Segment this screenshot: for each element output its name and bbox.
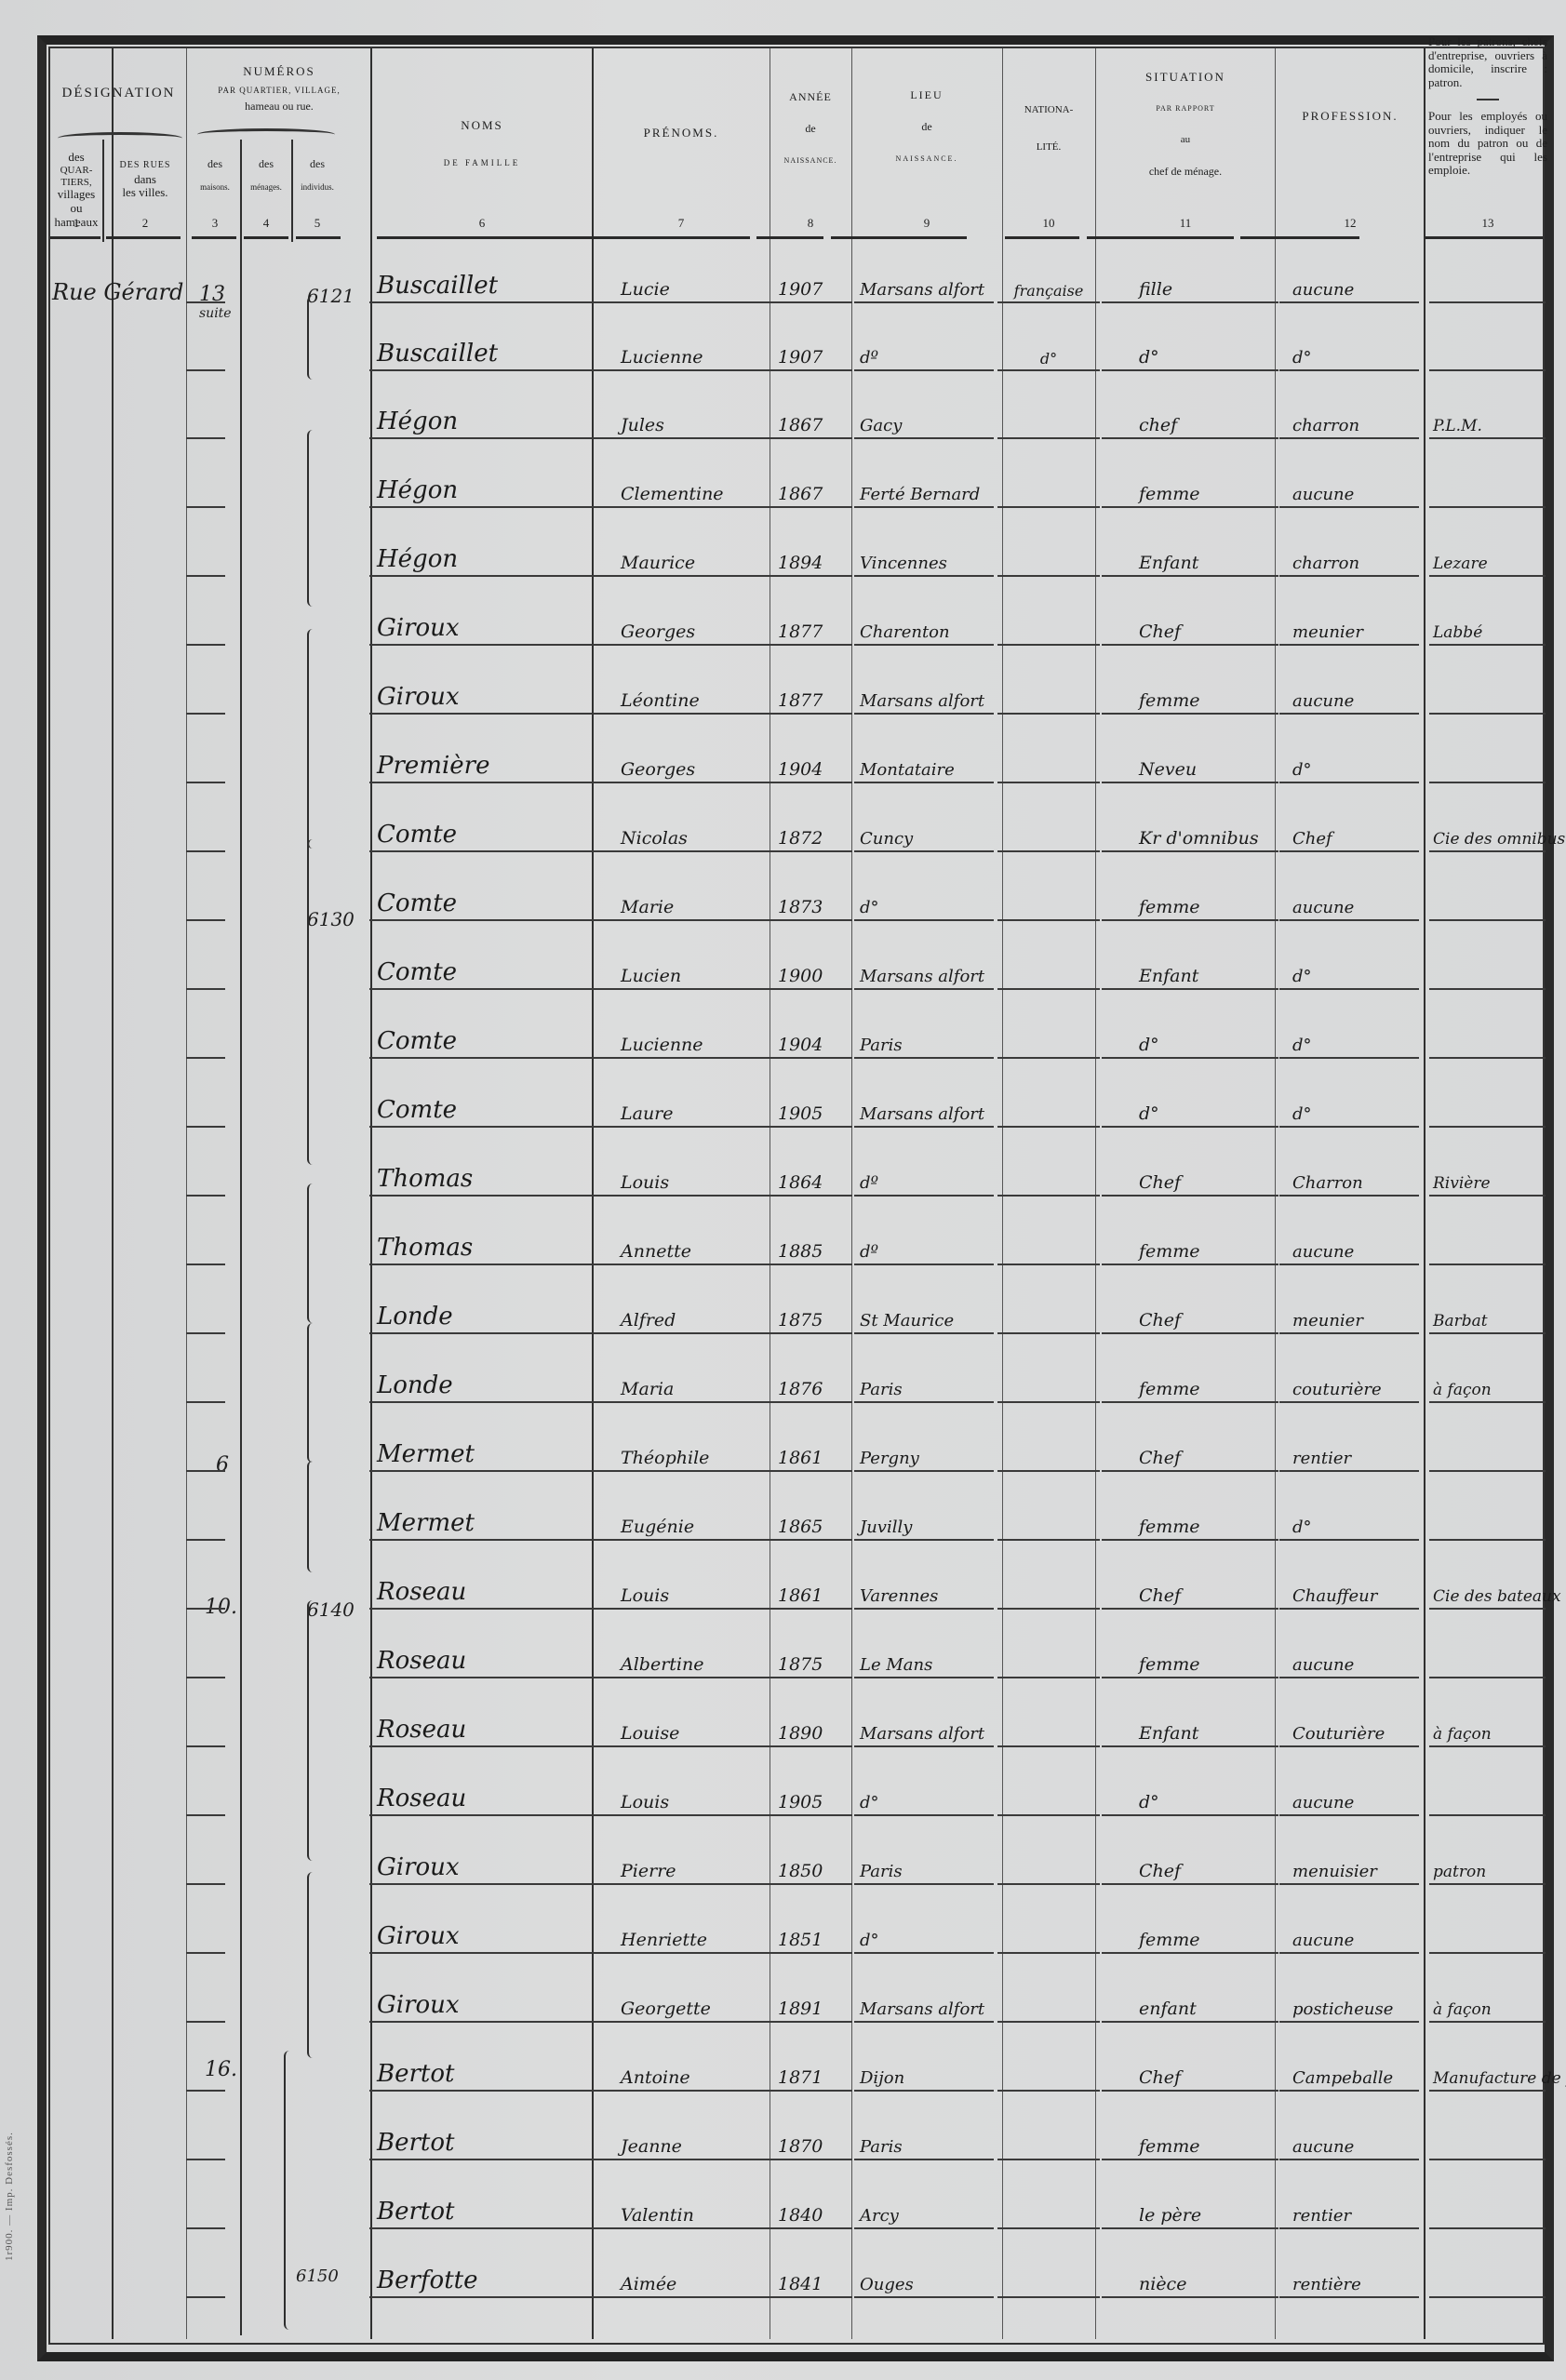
- cell-lieu: Pergny: [854, 1435, 994, 1472]
- cell-patron: Labbé: [1429, 608, 1546, 646]
- cell-lieu: St Maurice: [854, 1297, 994, 1334]
- cell-patron: [1429, 1022, 1546, 1059]
- cell-annee: 1905: [772, 1090, 852, 1128]
- header-num-5: 5: [293, 216, 341, 231]
- cell-profession: d°: [1279, 1090, 1419, 1128]
- cell-profession: d°: [1279, 334, 1419, 371]
- header-num-2: 2: [107, 216, 183, 231]
- table-row: RoseauLouis1905d°d°aucune: [48, 1753, 1546, 1822]
- cell-ind-line: [186, 884, 225, 921]
- cell-profession: Couturière: [1279, 1710, 1419, 1747]
- cell-lieu: Paris: [854, 1022, 994, 1059]
- cell-profession: charron: [1279, 540, 1419, 577]
- header-col13-note-patrons: Pour les patrons, chefs d'entreprise, ou…: [1428, 35, 1547, 89]
- header-annee-mid: de: [770, 123, 850, 136]
- cell-nationalite: [997, 540, 1100, 577]
- header-num-3: 3: [191, 216, 239, 231]
- cell-situation: Chef: [1102, 1159, 1278, 1197]
- header-profession: PROFESSION.: [1277, 110, 1424, 124]
- cell-profession: aucune: [1279, 1228, 1419, 1265]
- header-numeros: NUMÉROS: [191, 65, 368, 79]
- cell-annee: 1867: [772, 402, 852, 439]
- cell-ind-line: [186, 334, 225, 371]
- table-row: BertotValentin1840Arcyle pèrerentier: [48, 2166, 1546, 2235]
- cell-nationalite: [997, 1710, 1100, 1747]
- cell-situation: Chef: [1102, 1297, 1278, 1334]
- cell-patron: à façon: [1429, 1710, 1546, 1747]
- cell-annee: 1873: [772, 884, 852, 921]
- cell-profession: rentière: [1279, 2261, 1419, 2298]
- header-lieu-mid: de: [852, 121, 1001, 134]
- header-lieu: LIEU: [852, 89, 1001, 102]
- cell-profession: aucune: [1279, 1917, 1419, 1954]
- cell-ind-line: [186, 402, 225, 439]
- cell-lieu: Le Mans: [854, 1641, 994, 1678]
- cell-situation: Chef: [1102, 1435, 1278, 1472]
- table-row: MermetThéophile1861PergnyChefrentier: [48, 1409, 1546, 1477]
- cell-nationalite: [997, 1159, 1100, 1197]
- cell-ind-line: [186, 815, 225, 852]
- cell-annee: 1870: [772, 2123, 852, 2160]
- cell-nationalite: [997, 2192, 1100, 2229]
- cell-patron: Rivière: [1429, 1159, 1546, 1197]
- cell-nationalite: [997, 1986, 1100, 2023]
- table-row: MermetEugénie1865Juvillyfemmed°: [48, 1477, 1546, 1546]
- cell-lieu: dº: [854, 1228, 994, 1265]
- cell-nationalite: [997, 608, 1100, 646]
- cell-situation: femme: [1102, 677, 1278, 715]
- cell-patron: [1429, 884, 1546, 921]
- cell-patron: [1429, 1090, 1546, 1128]
- cell-situation: femme: [1102, 2123, 1278, 2160]
- cell-profession: charron: [1279, 402, 1419, 439]
- cell-annee: 1850: [772, 1848, 852, 1885]
- header-rule: [588, 236, 750, 239]
- table-row: ComteLucien1900Marsans alfortEnfantd°: [48, 927, 1546, 996]
- cell-annee: 1861: [772, 1572, 852, 1610]
- cell-situation: d°: [1102, 1090, 1278, 1128]
- cell-situation: le père: [1102, 2192, 1278, 2229]
- header-num-9: 9: [852, 216, 1001, 231]
- header-situation-sub2: chef de ménage.: [1096, 166, 1275, 179]
- header-situation: SITUATION: [1096, 71, 1275, 85]
- cell-patron: [1429, 1641, 1546, 1678]
- cell-patron: [1429, 266, 1546, 303]
- cell-profession: d°: [1279, 746, 1419, 783]
- table-row: RoseauLouis1861VarennesChefChauffeurCie …: [48, 1546, 1546, 1615]
- cell-ind-line: [186, 1090, 225, 1128]
- header-situation-mid: au: [1096, 134, 1275, 146]
- cell-annee: 1885: [772, 1228, 852, 1265]
- header-rule: [50, 236, 100, 239]
- cell-ind-line: [186, 2123, 225, 2160]
- header-rule: [377, 236, 589, 239]
- header-annee-sub: NAISSANCE.: [770, 156, 850, 165]
- cell-annee: 1871: [772, 2054, 852, 2092]
- header-num-11: 11: [1096, 216, 1275, 231]
- cell-lieu: Marsans alfort: [854, 1986, 994, 2023]
- cell-ind-line: [186, 540, 225, 577]
- cell-nationalite: [997, 1366, 1100, 1403]
- header-nationalite-sub: LITÉ.: [1003, 141, 1094, 154]
- cell-nationalite: [997, 1297, 1100, 1334]
- table-row: RoseauLouise1890Marsans alfortEnfantCout…: [48, 1684, 1546, 1753]
- table-row: GirouxPierre1850ParisChefmenuisierpatron: [48, 1822, 1546, 1891]
- cell-ind-line: [186, 2261, 225, 2298]
- header-col13-dash: [1477, 99, 1499, 100]
- cell-lieu: d°: [854, 1779, 994, 1816]
- cell-situation: Enfant: [1102, 540, 1278, 577]
- cell-annee: 1894: [772, 540, 852, 577]
- cell-nationalite: [997, 953, 1100, 990]
- cell-annee: 1840: [772, 2192, 852, 2229]
- header-rule: [1087, 236, 1234, 239]
- header-designation: DÉSIGNATION: [51, 86, 186, 101]
- cell-lieu: Paris: [854, 1366, 994, 1403]
- cell-annee: 1904: [772, 746, 852, 783]
- header-rule: [1240, 236, 1359, 239]
- cell-annee: 1872: [772, 815, 852, 852]
- cell-annee: 1867: [772, 471, 852, 508]
- cell-patron: Cie des bateaux: [1429, 1572, 1546, 1610]
- cell-situation: femme: [1102, 471, 1278, 508]
- cell-lieu: Dijon: [854, 2054, 994, 2092]
- cell-patron: [1429, 677, 1546, 715]
- table-row: ComteNicolas1872CuncyKr d'omnibusChefCie…: [48, 789, 1546, 858]
- cell-profession: aucune: [1279, 1779, 1419, 1816]
- header-brace: [58, 132, 182, 144]
- cell-situation: femme: [1102, 1366, 1278, 1403]
- cell-profession: aucune: [1279, 1641, 1419, 1678]
- cell-situation: femme: [1102, 884, 1278, 921]
- cell-situation: fille: [1102, 266, 1278, 303]
- table-row: BertotAntoine1871DijonChefCampeballeManu…: [48, 2028, 1546, 2097]
- cell-annee: 1907: [772, 334, 852, 371]
- cell-nationalite: [997, 471, 1100, 508]
- cell-ind-line: [186, 1159, 225, 1197]
- table-row: HégonClementine1867Ferté Bernardfemmeauc…: [48, 445, 1546, 514]
- cell-profession: Chauffeur: [1279, 1572, 1419, 1610]
- cell-profession: rentier: [1279, 2192, 1419, 2229]
- cell-lieu: Charenton: [854, 608, 994, 646]
- cell-lieu: Paris: [854, 2123, 994, 2160]
- cell-annee: 1864: [772, 1159, 852, 1197]
- table-row: ThomasLouis1864dºChefCharronRivière: [48, 1133, 1546, 1202]
- cell-situation: Enfant: [1102, 953, 1278, 990]
- cell-situation: femme: [1102, 1917, 1278, 1954]
- header-num-10: 10: [1003, 216, 1094, 231]
- cell-lieu: Arcy: [854, 2192, 994, 2229]
- header-situation-sub: PAR RAPPORT: [1096, 104, 1275, 113]
- cell-nationalite: [997, 2261, 1100, 2298]
- header-noms: NOMS: [372, 119, 592, 133]
- header-prenoms: PRÉNOMS.: [594, 127, 769, 140]
- cell-nationalite: [997, 884, 1100, 921]
- cell-ind-line: [186, 1435, 225, 1472]
- cell-ind-line: [186, 1504, 225, 1541]
- cell-nationalite: [997, 677, 1100, 715]
- header-brace: [197, 128, 335, 140]
- header-num-6: 6: [372, 216, 592, 231]
- cell-patron: [1429, 471, 1546, 508]
- cell-patron: [1429, 2261, 1546, 2298]
- cell-nationalite: [997, 1641, 1100, 1678]
- cell-profession: Campeballe: [1279, 2054, 1419, 2092]
- cell-patron: [1429, 1228, 1546, 1265]
- cell-lieu: dº: [854, 1159, 994, 1197]
- cell-patron: [1429, 2123, 1546, 2160]
- cell-nationalite: [997, 1917, 1100, 1954]
- table-row: BuscailletLucienne1907dºd°d°d°: [48, 308, 1546, 377]
- cell-annee: 1900: [772, 953, 852, 990]
- cell-situation: chef: [1102, 402, 1278, 439]
- cell-patron: à façon: [1429, 1986, 1546, 2023]
- cell-nationalite: [997, 1022, 1100, 1059]
- cell-ind-line: [186, 1848, 225, 1885]
- header-col2: DES RUES dans les villes.: [107, 160, 183, 200]
- cell-annee: 1905: [772, 1779, 852, 1816]
- cell-patron: P.L.M.: [1429, 402, 1546, 439]
- table-row: ThomasAnnette1885dºfemmeaucune: [48, 1202, 1546, 1271]
- header-noms-sub: DE FAMILLE: [372, 158, 592, 167]
- cell-lieu: Vincennes: [854, 540, 994, 577]
- cell-situation: Chef: [1102, 2054, 1278, 2092]
- cell-lieu: d°: [854, 1917, 994, 1954]
- cell-lieu: Marsans alfort: [854, 1710, 994, 1747]
- cell-lieu: Paris: [854, 1848, 994, 1885]
- cell-nationalite: [997, 2123, 1100, 2160]
- cell-profession: aucune: [1279, 2123, 1419, 2160]
- cell-annee: 1876: [772, 1366, 852, 1403]
- cell-patron: patron: [1429, 1848, 1546, 1885]
- header-col5: des individus.: [293, 158, 341, 192]
- cell-annee: 1890: [772, 1710, 852, 1747]
- cell-lieu: Ouges: [854, 2261, 994, 2298]
- cell-patron: Manufacture de fer: [1429, 2054, 1546, 2092]
- cell-patron: Barbat: [1429, 1297, 1546, 1334]
- cell-nationalite: [997, 1504, 1100, 1541]
- cell-lieu: dº: [854, 334, 994, 371]
- cell-lieu: Marsans alfort: [854, 266, 994, 303]
- table-row: BertotJeanne1870Parisfemmeaucune: [48, 2097, 1546, 2166]
- cell-profession: aucune: [1279, 266, 1419, 303]
- table-row: BuscailletLucie1907Marsans alfortfrançai…: [48, 240, 1546, 309]
- cell-patron: à façon: [1429, 1366, 1546, 1403]
- cell-nationalite: [997, 1090, 1100, 1128]
- cell-ind-line: [186, 1572, 225, 1610]
- cell-annee: 1865: [772, 1504, 852, 1541]
- cell-profession: rentier: [1279, 1435, 1419, 1472]
- header-col4: des ménages.: [242, 158, 290, 192]
- cell-situation: d°: [1102, 1779, 1278, 1816]
- cell-situation: Chef: [1102, 1848, 1278, 1885]
- cell-profession: d°: [1279, 1022, 1419, 1059]
- table-row: RoseauAlbertine1875Le Mansfemmeaucune: [48, 1615, 1546, 1684]
- cell-profession: meunier: [1279, 608, 1419, 646]
- table-row: PremièreGeorges1904MontataireNeveud°: [48, 720, 1546, 789]
- cell-nationalite: [997, 1435, 1100, 1472]
- header-num-4: 4: [242, 216, 290, 231]
- cell-ind-line: [186, 608, 225, 646]
- cell-ind-line: [186, 471, 225, 508]
- cell-profession: aucune: [1279, 677, 1419, 715]
- header-rule: [831, 236, 967, 239]
- cell-situation: Chef: [1102, 1572, 1278, 1610]
- cell-nationalite: française: [997, 266, 1100, 303]
- cell-situation: nièce: [1102, 2261, 1278, 2298]
- header-annee: ANNÉE: [770, 91, 850, 104]
- cell-patron: [1429, 2192, 1546, 2229]
- cell-annee: 1841: [772, 2261, 852, 2298]
- cell-situation: enfant: [1102, 1986, 1278, 2023]
- header-num-7: 7: [594, 216, 769, 231]
- header-rule: [756, 236, 823, 239]
- cell-annee: 1904: [772, 1022, 852, 1059]
- cell-profession: d°: [1279, 953, 1419, 990]
- cell-profession: d°: [1279, 1504, 1419, 1541]
- header-col13-note: Pour les patrons, chefs d'entreprise, ou…: [1428, 35, 1547, 178]
- cell-patron: [1429, 746, 1546, 783]
- cell-ind-line: [186, 1641, 225, 1678]
- cell-patron: [1429, 1917, 1546, 1954]
- census-sheet: 1r900. — Imp. Desfossés. DÉSIGNATION des…: [0, 0, 1566, 2380]
- cell-annee: 1851: [772, 1917, 852, 1954]
- table-row: GirouxLéontine1877Marsans alfortfemmeauc…: [48, 651, 1546, 720]
- cell-patron: [1429, 1504, 1546, 1541]
- cell-annee: 1907: [772, 266, 852, 303]
- cell-profession: meunier: [1279, 1297, 1419, 1334]
- cell-nationalite: [997, 2054, 1100, 2092]
- cell-ind-line: [186, 1297, 225, 1334]
- cell-lieu: Gacy: [854, 402, 994, 439]
- cell-patron: Cie des omnibus: [1429, 815, 1546, 852]
- cell-situation: femme: [1102, 1228, 1278, 1265]
- cell-situation: Chef: [1102, 608, 1278, 646]
- header-num-12: 12: [1277, 216, 1424, 231]
- table-row: LondeMaria1876Parisfemmecouturièreà faço…: [48, 1340, 1546, 1409]
- cell-ind-line: [186, 266, 225, 303]
- table-row: GirouxGeorgette1891Marsans alfortenfantp…: [48, 1959, 1546, 2028]
- cell-patron: [1429, 1435, 1546, 1472]
- cell-nationalite: [997, 815, 1100, 852]
- cell-profession: aucune: [1279, 884, 1419, 921]
- cell-lieu: Montataire: [854, 746, 994, 783]
- cell-annee: 1877: [772, 677, 852, 715]
- cell-situation: Neveu: [1102, 746, 1278, 783]
- cell-situation: Enfant: [1102, 1710, 1278, 1747]
- header-numeros-sub: PAR QUARTIER, VILLAGE,: [191, 86, 368, 95]
- cell-lieu: Cuncy: [854, 815, 994, 852]
- table-row: ComteMarie1873d°femmeaucune: [48, 858, 1546, 927]
- cell-nationalite: [997, 1779, 1100, 1816]
- header-nationalite: NATIONA-: [1003, 104, 1094, 116]
- cell-annee: 1861: [772, 1435, 852, 1472]
- cell-ind-line: [186, 2054, 225, 2092]
- cell-nationalite: [997, 1572, 1100, 1610]
- cell-situation: femme: [1102, 1641, 1278, 1678]
- table-row: LondeAlfred1875St MauriceChefmeunierBarb…: [48, 1271, 1546, 1340]
- cell-ind-line: [186, 746, 225, 783]
- cell-lieu: Ferté Bernard: [854, 471, 994, 508]
- cell-profession: aucune: [1279, 471, 1419, 508]
- cell-annee: 1891: [772, 1986, 852, 2023]
- header-col3: des maisons.: [191, 158, 239, 192]
- cell-nationalite: [997, 1228, 1100, 1265]
- cell-ind-line: [186, 1366, 225, 1403]
- table-row: ComteLucienne1904Parisd°d°: [48, 996, 1546, 1064]
- cell-situation: femme: [1102, 1504, 1278, 1541]
- header-rule: [106, 236, 181, 239]
- cell-profession: Chef: [1279, 815, 1419, 852]
- cell-ind-line: [186, 1710, 225, 1747]
- cell-profession: couturière: [1279, 1366, 1419, 1403]
- cell-annee: 1877: [772, 608, 852, 646]
- cell-nationalite: [997, 746, 1100, 783]
- table-row: BerfotteAimée1841Ougesniècerentière: [48, 2235, 1546, 2304]
- header-rule: [244, 236, 288, 239]
- cell-profession: Charron: [1279, 1159, 1419, 1197]
- header-numeros-sub2: hameau ou rue.: [191, 100, 368, 114]
- table-row: HégonMaurice1894VincennesEnfantcharronLe…: [48, 514, 1546, 582]
- table-row: HégonJules1867GacychefcharronP.L.M.: [48, 376, 1546, 445]
- cell-nationalite: d°: [997, 334, 1100, 371]
- cell-ind-line: [186, 1022, 225, 1059]
- cell-patron: [1429, 1779, 1546, 1816]
- cell-lieu: Marsans alfort: [854, 1090, 994, 1128]
- cell-profession: menuisier: [1279, 1848, 1419, 1885]
- cell-annee: 1875: [772, 1641, 852, 1678]
- cell-ind-line: [186, 1779, 225, 1816]
- header-col13-note-employes: Pour les employés ou ouvriers, indiquer …: [1428, 110, 1547, 178]
- cell-lieu: Marsans alfort: [854, 677, 994, 715]
- cell-ind-line: [186, 677, 225, 715]
- header-rule: [1425, 236, 1543, 239]
- header-num-1: 1: [50, 216, 102, 231]
- cell-patron: [1429, 953, 1546, 990]
- header-lieu-sub: NAISSANCE.: [852, 154, 1001, 163]
- cell-nationalite: [997, 402, 1100, 439]
- cell-lieu: Marsans alfort: [854, 953, 994, 990]
- table-row: ComteLaure1905Marsans alfortd°d°: [48, 1064, 1546, 1133]
- cell-ind-line: [186, 1986, 225, 2023]
- table-row: GirouxGeorges1877CharentonChefmeunierLab…: [48, 582, 1546, 651]
- header-rule: [192, 236, 236, 239]
- cell-nationalite: [997, 1848, 1100, 1885]
- header-num-8: 8: [770, 216, 850, 231]
- column-divider-sub: [102, 140, 104, 242]
- cell-situation: Kr d'omnibus: [1102, 815, 1278, 852]
- cell-annee: 1875: [772, 1297, 852, 1334]
- cell-lieu: Juvilly: [854, 1504, 994, 1541]
- cell-ind-line: [186, 953, 225, 990]
- cell-patron: Lezare: [1429, 540, 1546, 577]
- table-row: GirouxHenriette1851d°femmeaucune: [48, 1891, 1546, 1959]
- cell-lieu: Varennes: [854, 1572, 994, 1610]
- cell-ind-line: [186, 2192, 225, 2229]
- header-rule: [296, 236, 341, 239]
- cell-profession: posticheuse: [1279, 1986, 1419, 2023]
- cell-situation: d°: [1102, 334, 1278, 371]
- header-num-13: 13: [1428, 216, 1547, 231]
- cell-patron: [1429, 334, 1546, 371]
- cell-ind-line: [186, 1228, 225, 1265]
- cell-situation: d°: [1102, 1022, 1278, 1059]
- printer-note: 1r900. — Imp. Desfossés.: [4, 2132, 15, 2261]
- cell-ind-line: [186, 1917, 225, 1954]
- cell-lieu: d°: [854, 884, 994, 921]
- header-rule: [1005, 236, 1079, 239]
